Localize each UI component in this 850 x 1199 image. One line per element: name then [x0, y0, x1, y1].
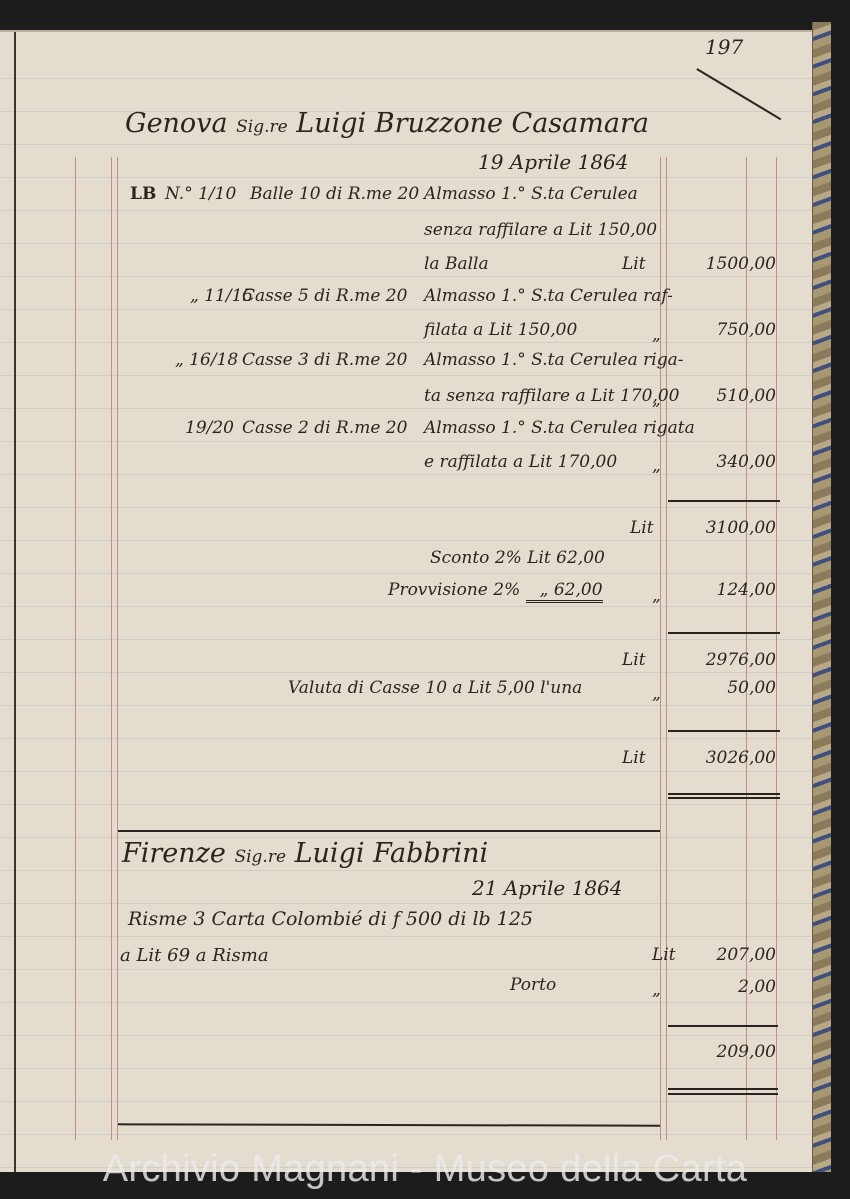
line-ref: 19/20 [185, 418, 234, 438]
entry-1-name: Luigi Bruzzone Casamara [296, 108, 649, 139]
entry-1-date: 19 Aprile 1864 [478, 150, 629, 174]
discount-currency: Lit [527, 548, 551, 568]
line-desc: Casse 5 di R.me 20 [242, 286, 407, 306]
currency-label: Lit [622, 748, 646, 768]
line-amount: 750,00 [676, 320, 776, 340]
line-item: Almasso 1.° S.ta Cerulea riga- [424, 350, 684, 370]
ditto-mark: „ [652, 980, 661, 1000]
entry-1-total: 3026,00 [676, 748, 776, 768]
ditto-mark: „ [652, 684, 661, 704]
binding-gutter [14, 32, 16, 1172]
line-ref: N.° 1/10 [165, 184, 236, 204]
entry-2-name: Luigi Fabbrini [295, 838, 489, 869]
entry-1-city: Genova [125, 108, 228, 139]
commission-row: Provvisione 2% „ 62,00 [388, 580, 603, 600]
entry-2-date: 21 Aprile 1864 [472, 876, 623, 900]
margin-rule [75, 157, 76, 1140]
entry-1-header: Genova Sig.re Luigi Bruzzone Casamara [125, 108, 649, 139]
entry-2-header: Firenze Sig.re Luigi Fabbrini [122, 838, 488, 869]
line-amount: 2,00 [676, 977, 776, 997]
line-amount: 510,00 [676, 386, 776, 406]
ditto-mark: „ [652, 390, 661, 410]
currency-label: Lit [630, 518, 654, 538]
deductions-total: 124,00 [676, 580, 776, 600]
line-item: Risme 3 Carta Colombié di f 500 di lb 12… [128, 908, 533, 930]
line-item: senza raffilare a Lit 150,00 [424, 220, 657, 240]
line-ref: „ 16/18 [175, 350, 238, 370]
entry-2-city: Firenze [122, 838, 226, 869]
sum-rule [668, 1025, 778, 1027]
page-number: 197 [705, 35, 743, 59]
discount-value: 62,00 [556, 548, 605, 568]
line-desc: Casse 3 di R.me 20 [242, 350, 407, 370]
merchant-mark: LB [130, 184, 156, 204]
line-desc: Balle 10 di R.me 20 [250, 184, 419, 204]
total-double-rule [668, 1093, 778, 1095]
currency-label: Lit [622, 650, 646, 670]
amount-column-rule [776, 157, 777, 1140]
line-item: Porto [510, 975, 556, 995]
cases-value-amount: 50,00 [676, 678, 776, 698]
sum-rule [668, 632, 780, 634]
total-double-rule [668, 793, 780, 795]
ditto-mark: „ [652, 325, 661, 345]
commission-amount: „ 62,00 [526, 580, 603, 603]
entry-separator [118, 830, 660, 832]
ditto-mark: „ [652, 586, 661, 606]
discount-label: Sconto 2% [430, 548, 522, 568]
entry-1-salutation: Sig.re [236, 117, 288, 137]
entry-2-total: 209,00 [676, 1042, 776, 1062]
margin-rule [111, 157, 112, 1140]
cases-value-label: Valuta di Casse 10 a Lit 5,00 l'una [288, 678, 582, 698]
line-amount: 340,00 [676, 452, 776, 472]
line-item: a Lit 69 a Risma [120, 945, 269, 966]
discount-row: Sconto 2% Lit 62,00 [430, 548, 605, 568]
line-amount: 1500,00 [676, 254, 776, 274]
sum-rule [668, 730, 780, 732]
net-amount: 2976,00 [676, 650, 776, 670]
line-item: Almasso 1.° S.ta Cerulea rigata [424, 418, 695, 438]
commission-label: Provvisione 2% [388, 580, 520, 600]
line-item: e raffilata a Lit 170,00 [424, 452, 617, 472]
margin-rule [117, 157, 118, 1140]
line-item: la Balla [424, 254, 489, 274]
total-double-rule [668, 1088, 778, 1090]
archive-watermark: Archivio Magnani - Museo della Carta [0, 1148, 850, 1191]
currency-label: Lit [652, 945, 676, 965]
line-desc: Casse 2 di R.me 20 [242, 418, 407, 438]
line-item: Almasso 1.° S.ta Cerulea [424, 184, 638, 204]
sum-rule [668, 500, 780, 502]
line-item: Almasso 1.° S.ta Cerulea raf- [424, 286, 673, 306]
line-item: filata a Lit 150,00 [424, 320, 577, 340]
total-double-rule [668, 797, 780, 799]
book-spine [812, 22, 831, 1172]
currency-label: Lit [622, 254, 646, 274]
ditto-mark: „ [652, 456, 661, 476]
subtotal-amount: 3100,00 [676, 518, 776, 538]
entry-2-salutation: Sig.re [234, 847, 286, 867]
line-item: ta senza raffilare a Lit 170,00 [424, 386, 680, 406]
line-amount: 207,00 [676, 945, 776, 965]
